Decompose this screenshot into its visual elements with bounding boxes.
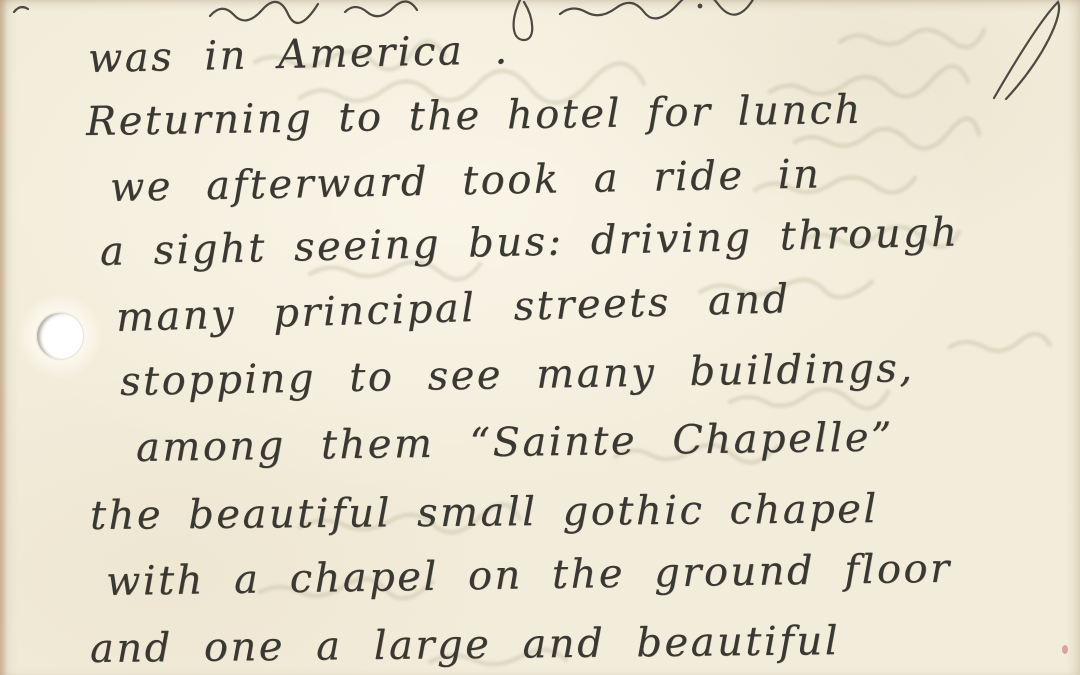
hole-punch	[37, 313, 83, 359]
handwritten-line: and one a large and beautiful	[90, 618, 840, 672]
paper-speck	[1062, 645, 1068, 654]
letter-page: was in America . Returning to the hotel …	[0, 0, 1080, 675]
handwritten-line: was in America .	[88, 27, 511, 82]
handwritten-line: the beautiful small gothic chapel	[90, 486, 879, 539]
